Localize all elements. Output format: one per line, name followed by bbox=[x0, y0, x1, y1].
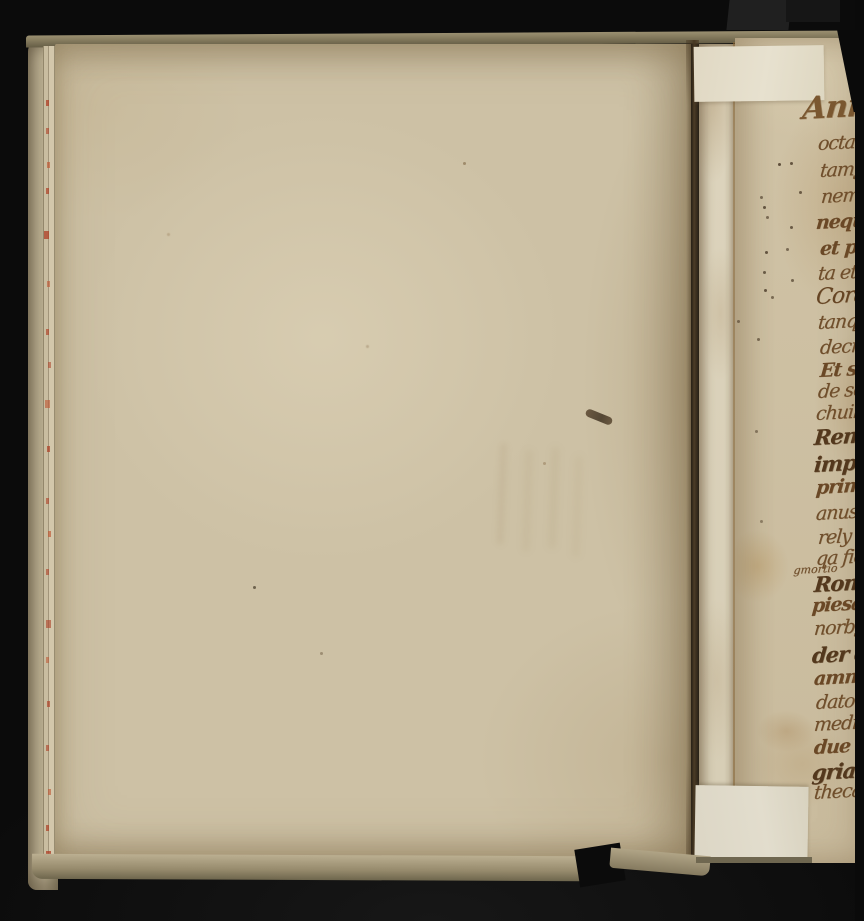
parchment-guard-strip bbox=[699, 44, 735, 860]
gutter-crease bbox=[686, 40, 699, 860]
manuscript-line: norbʒ bbox=[813, 615, 857, 640]
background-object-darker bbox=[786, 0, 840, 22]
manuscript-line: due q bbox=[813, 734, 857, 759]
manuscript-line: Remo bbox=[813, 422, 857, 450]
blank-verso-page bbox=[55, 44, 691, 858]
manuscript-line: tanqʒ bbox=[817, 309, 857, 334]
manuscript-line: prima bbox=[815, 474, 857, 499]
background-object-dark bbox=[726, 0, 791, 30]
manuscript-line: medio bbox=[813, 711, 857, 736]
manuscript-line: theca bbox=[813, 779, 857, 804]
ink-show-through-marks bbox=[478, 434, 593, 570]
manuscript-line: Anno bbox=[801, 86, 857, 127]
manuscript-line: anusta bbox=[815, 500, 857, 525]
manuscript-line: der dm bbox=[811, 639, 857, 668]
ink-smear bbox=[585, 408, 614, 426]
paper-specks bbox=[463, 162, 466, 165]
manuscript-line: chuill bbox=[815, 400, 857, 425]
manuscript-photo: Annooctauatamʒnemnequret piltta etCorata… bbox=[0, 0, 864, 921]
book-bottom-edge bbox=[32, 854, 588, 881]
manuscript-line: nequr bbox=[815, 209, 857, 234]
red-edge-speckles bbox=[46, 100, 49, 106]
manuscript-line: imp dm bbox=[813, 448, 857, 477]
manuscript-line: nem bbox=[820, 184, 857, 208]
manuscript-text-column: Annooctauatamʒnemnequret piltta etCorata… bbox=[735, 33, 857, 863]
manuscript-line: de so bbox=[817, 378, 857, 403]
manuscript-line: Cora bbox=[815, 282, 857, 310]
manuscript-line: piesa bbox=[811, 592, 857, 617]
manuscript-line: tamʒ bbox=[819, 158, 857, 182]
manuscript-line: ta et bbox=[817, 261, 857, 285]
manuscript-line: decre bbox=[819, 334, 857, 359]
image-right-crop bbox=[855, 0, 864, 921]
recto-bottom-edge bbox=[696, 857, 812, 863]
manuscript-line: et pilt bbox=[819, 235, 857, 260]
manuscript-line: octaua bbox=[817, 130, 857, 155]
manuscript-line: ammo bbox=[813, 665, 857, 690]
manuscript-line: dato bbox=[815, 690, 855, 714]
